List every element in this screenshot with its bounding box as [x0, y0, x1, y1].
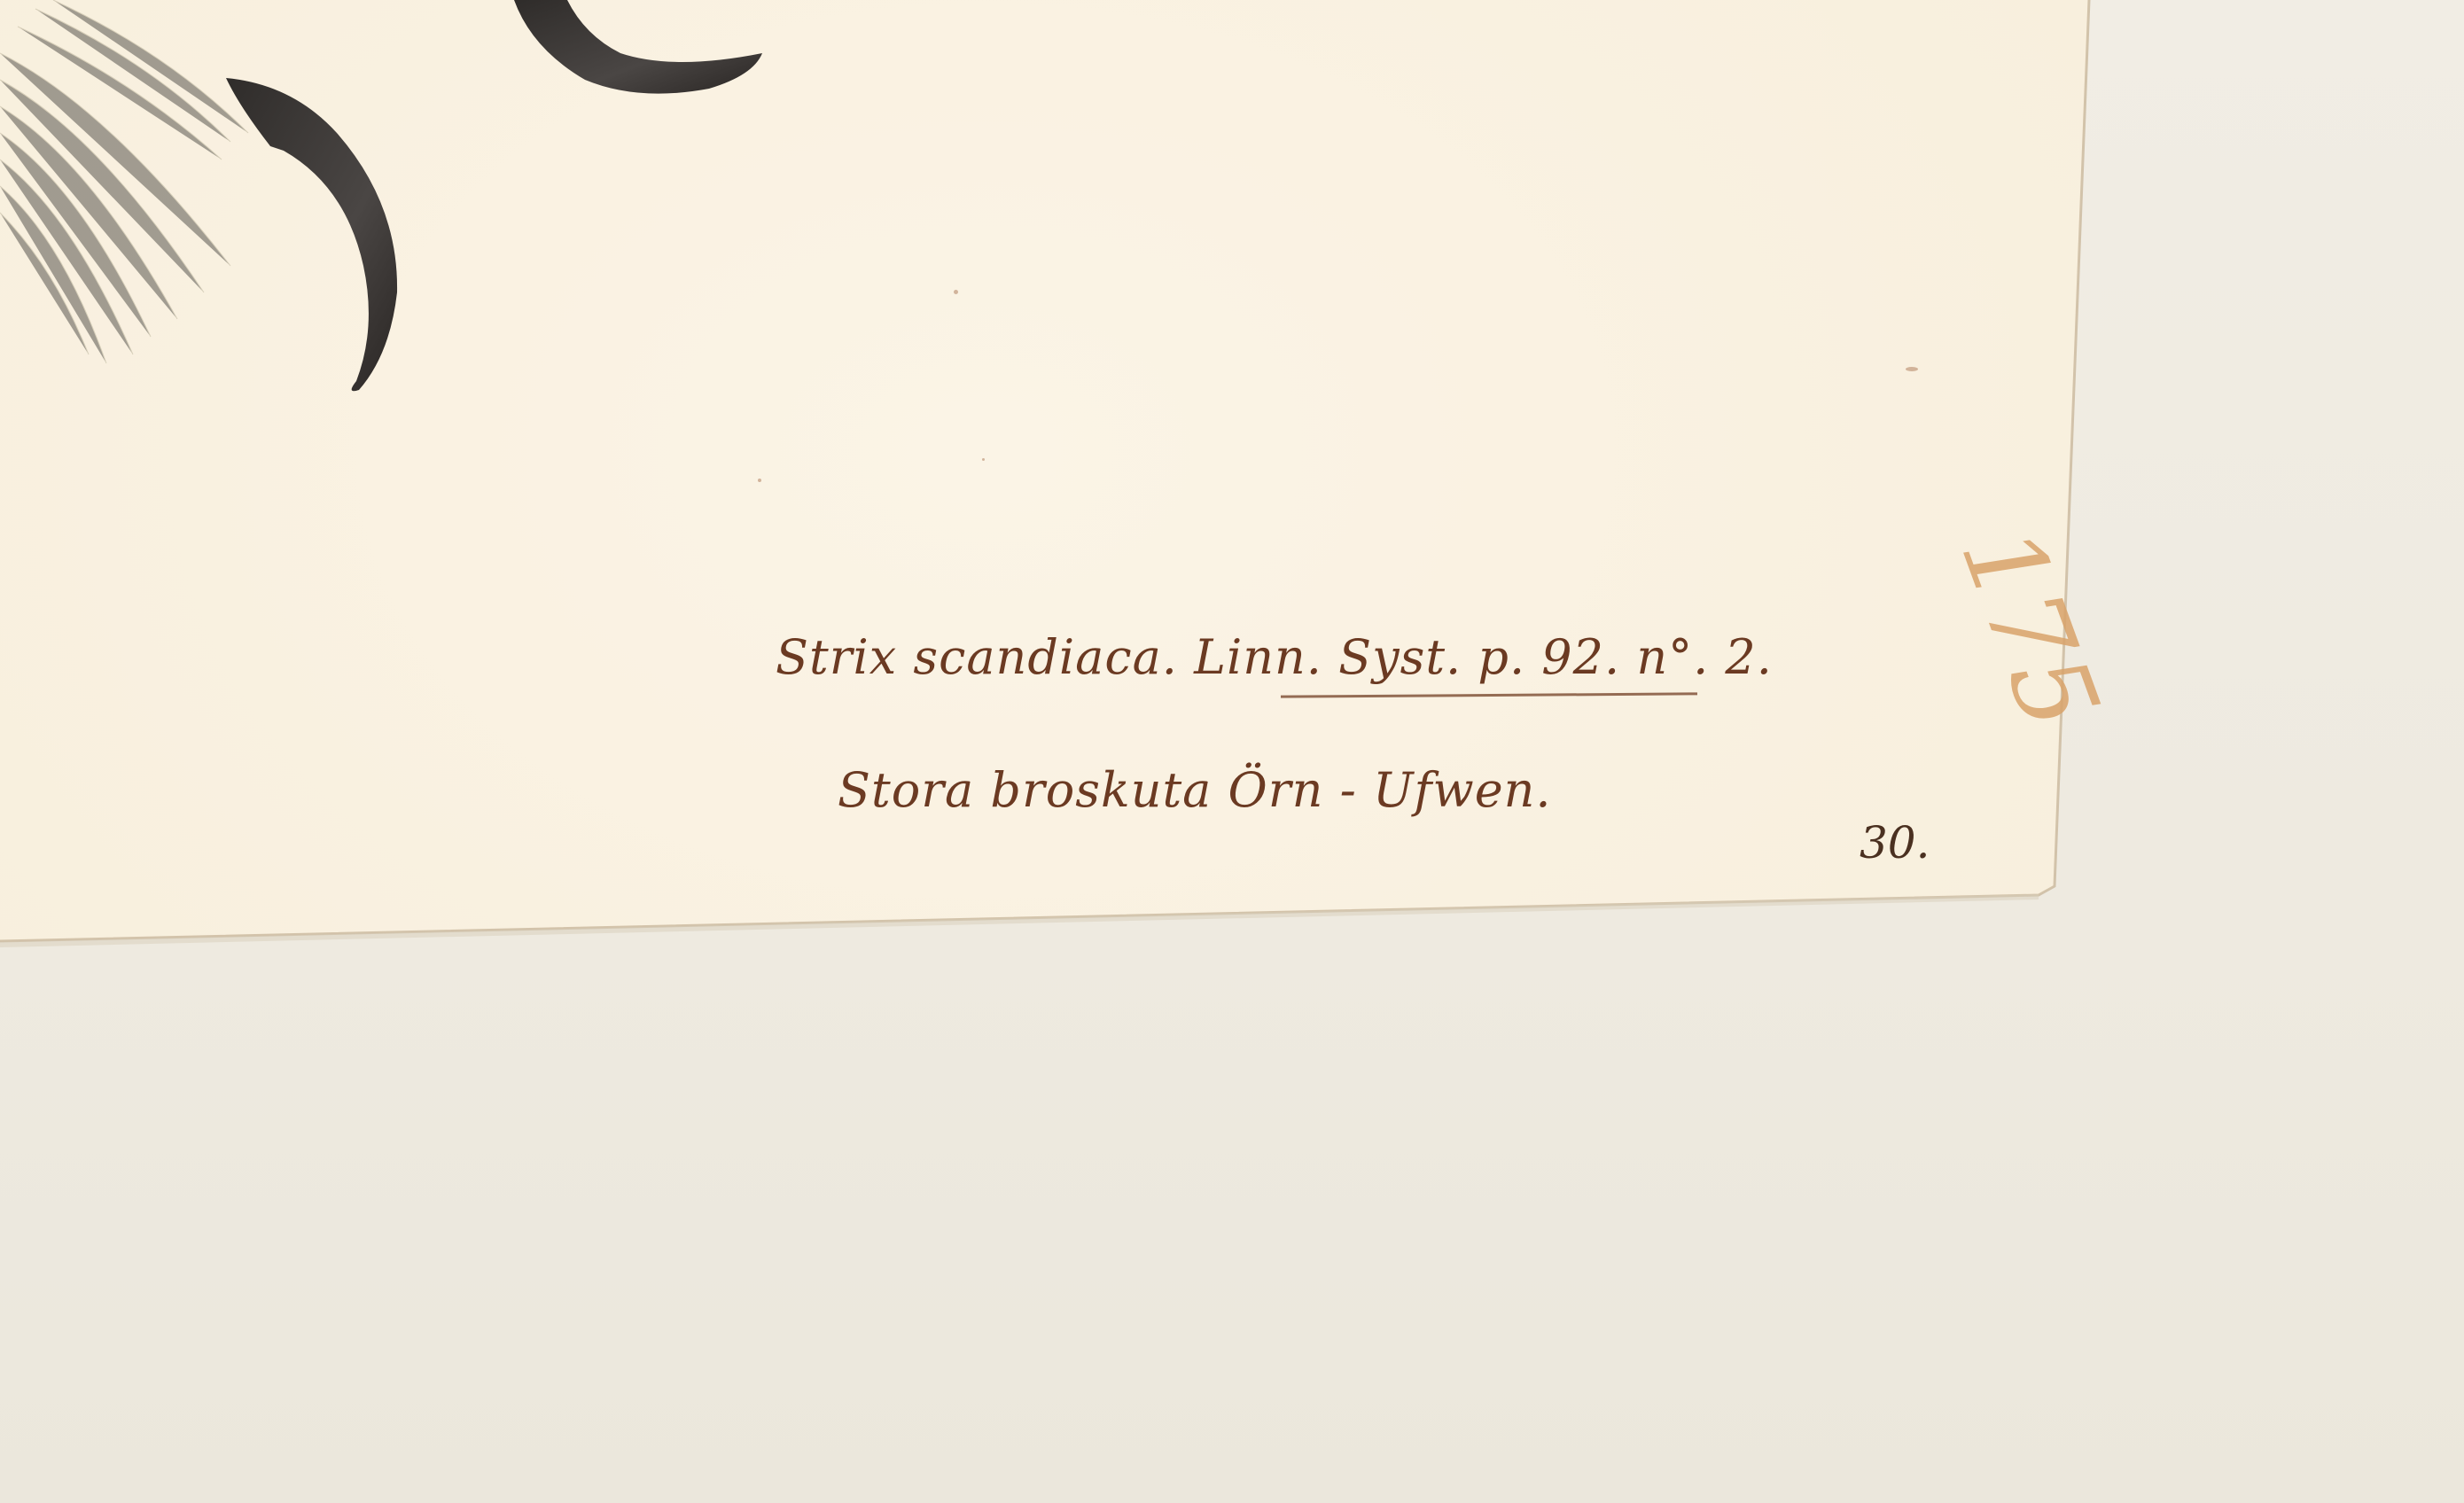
- owl-talons-illustration: [0, 0, 886, 425]
- photograph-scene: Strix scandiaca. Linn. Syst. p. 92. n°. …: [0, 0, 2464, 1503]
- caption-scientific-name: Strix scandiaca. Linn. Syst. p. 92. n°. …: [776, 629, 1773, 685]
- paper-speck: [1906, 367, 1918, 371]
- claw-right: [514, 0, 762, 94]
- claw-left: [226, 78, 397, 391]
- feathered-toe-shading: [0, 0, 248, 363]
- paper-speck: [982, 458, 985, 461]
- caption-vernacular-name: Stora broskuta Örn - Ufwen.: [838, 762, 1552, 818]
- paper-speck: [758, 479, 761, 482]
- plate-number: 30.: [1860, 817, 1930, 868]
- paper-speck: [954, 290, 958, 294]
